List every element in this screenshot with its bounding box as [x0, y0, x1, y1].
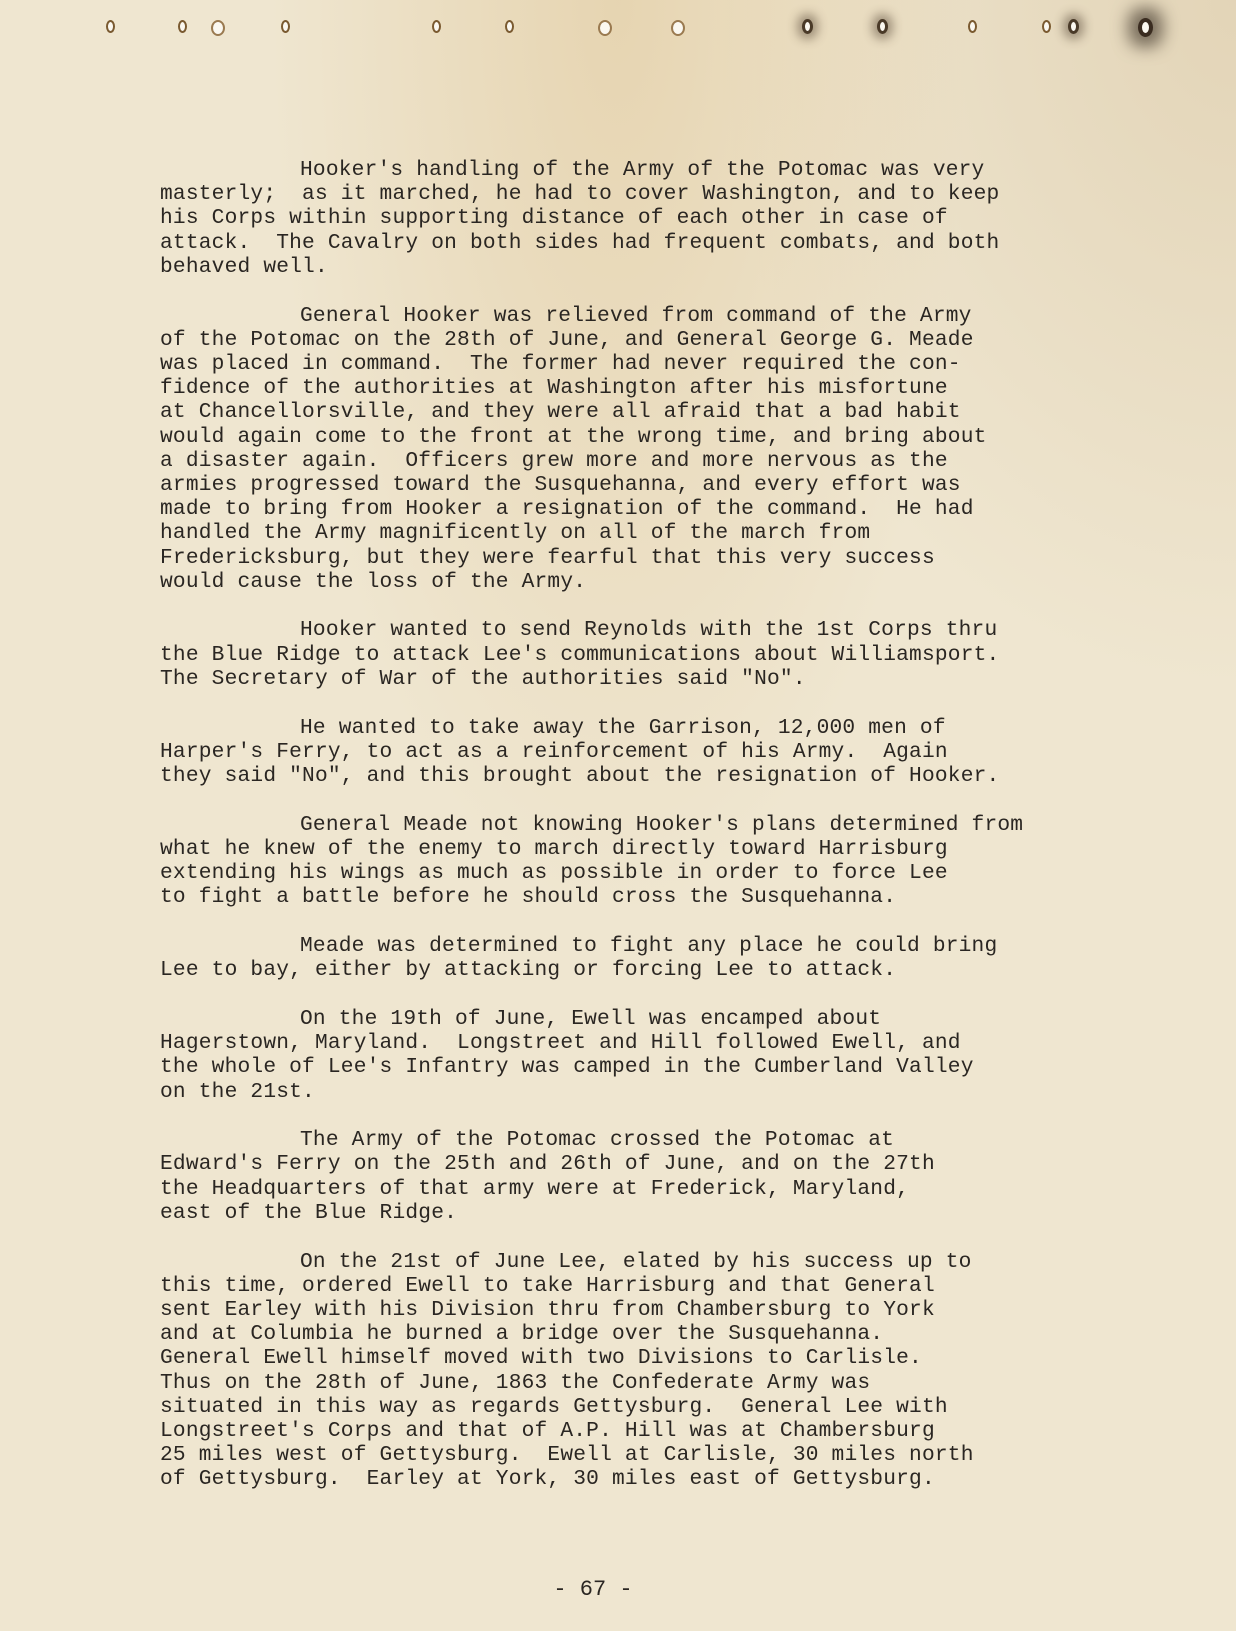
text-line: they said "No", and this brought about t… [160, 764, 1120, 788]
page-number: - 67 - [0, 1577, 1186, 1602]
text-line: of Gettysburg. Earley at York, 30 miles … [160, 1467, 1120, 1491]
punch-hole-icon [1071, 22, 1076, 31]
text-line: what he knew of the enemy to march direc… [160, 837, 1120, 861]
text-line: handled the Army magnificently on all of… [160, 521, 1120, 545]
text-line: Hagerstown, Maryland. Longstreet and Hil… [160, 1031, 1120, 1055]
text-line: made to bring from Hooker a resignation … [160, 497, 1120, 521]
punch-hole-icon [805, 22, 810, 31]
text-line: to fight a battle before he should cross… [160, 885, 1120, 909]
text-line: Fredericksburg, but they were fearful th… [160, 546, 1120, 570]
text-line: General Hooker was relieved from command… [160, 304, 1120, 328]
text-line: The Secretary of War of the authorities … [160, 667, 1120, 691]
text-line: Hooker's handling of the Army of the Pot… [160, 158, 1120, 182]
punch-hole-icon [213, 22, 223, 34]
paragraph-meade-plans: General Meade not knowing Hooker's plans… [160, 813, 1120, 910]
paragraph-meade-determined: Meade was determined to fight any place … [160, 934, 1120, 982]
text-line: extending his wings as much as possible … [160, 861, 1120, 885]
text-line: fidence of the authorities at Washington… [160, 376, 1120, 400]
text-line: Hooker wanted to send Reynolds with the … [160, 618, 1120, 642]
text-line: Thus on the 28th of June, 1863 the Confe… [160, 1371, 1120, 1395]
paragraph-lee-elated: On the 21st of June Lee, elated by his s… [160, 1250, 1120, 1492]
punch-hole-icon [600, 22, 610, 34]
text-line: The Army of the Potomac crossed the Poto… [160, 1128, 1120, 1152]
punch-hole-icon [1044, 22, 1049, 31]
punch-hole-icon [283, 22, 288, 31]
text-line: situated in this way as regards Gettysbu… [160, 1395, 1120, 1419]
punch-holes-row [0, 22, 1236, 52]
punch-hole-icon [507, 22, 512, 31]
punch-hole-icon [673, 22, 683, 34]
punch-hole-icon [180, 22, 185, 31]
text-line: masterly; as it marched, he had to cover… [160, 182, 1120, 206]
paragraph-potomac-crossed: The Army of the Potomac crossed the Poto… [160, 1128, 1120, 1225]
text-line: on the 21st. [160, 1080, 1120, 1104]
text-line: General Ewell himself moved with two Div… [160, 1346, 1120, 1370]
text-line: was placed in command. The former had ne… [160, 352, 1120, 376]
text-line: at Chancellorsville, and they were all a… [160, 400, 1120, 424]
text-line: would again come to the front at the wro… [160, 425, 1120, 449]
text-line: of the Potomac on the 28th of June, and … [160, 328, 1120, 352]
punch-hole-icon [970, 22, 975, 31]
text-line: He wanted to take away the Garrison, 12,… [160, 716, 1120, 740]
punch-hole-icon [108, 22, 113, 31]
text-line: east of the Blue Ridge. [160, 1201, 1120, 1225]
punch-hole-icon [434, 22, 439, 31]
punch-hole-icon [880, 22, 885, 31]
paragraph-reynolds: Hooker wanted to send Reynolds with the … [160, 618, 1120, 691]
text-line: On the 21st of June Lee, elated by his s… [160, 1250, 1120, 1274]
text-line: the whole of Lee's Infantry was camped i… [160, 1055, 1120, 1079]
paragraph-hooker-relieved: General Hooker was relieved from command… [160, 304, 1120, 594]
text-line: his Corps within supporting distance of … [160, 206, 1120, 230]
paragraph-garrison: He wanted to take away the Garrison, 12,… [160, 716, 1120, 789]
text-line: and at Columbia he burned a bridge over … [160, 1322, 1120, 1346]
text-line: this time, ordered Ewell to take Harrisb… [160, 1274, 1120, 1298]
text-line: General Meade not knowing Hooker's plans… [160, 813, 1120, 837]
text-line: a disaster again. Officers grew more and… [160, 449, 1120, 473]
typewritten-body: Hooker's handling of the Army of the Pot… [160, 158, 1120, 1516]
text-line: Meade was determined to fight any place … [160, 934, 1120, 958]
text-line: 25 miles west of Gettysburg. Ewell at Ca… [160, 1443, 1120, 1467]
text-line: Edward's Ferry on the 25th and 26th of J… [160, 1152, 1120, 1176]
text-line: the Headquarters of that army were at Fr… [160, 1177, 1120, 1201]
paragraph-hooker-handling: Hooker's handling of the Army of the Pot… [160, 158, 1120, 279]
text-line: Longstreet's Corps and that of A.P. Hill… [160, 1419, 1120, 1443]
text-line: Lee to bay, either by attacking or forci… [160, 958, 1120, 982]
paragraph-ewell-encamped: On the 19th of June, Ewell was encamped … [160, 1007, 1120, 1104]
text-line: attack. The Cavalry on both sides had fr… [160, 231, 1120, 255]
text-line: would cause the loss of the Army. [160, 570, 1120, 594]
text-line: sent Earley with his Division thru from … [160, 1298, 1120, 1322]
text-line: the Blue Ridge to attack Lee's communica… [160, 643, 1120, 667]
text-line: behaved well. [160, 255, 1120, 279]
text-line: Harper's Ferry, to act as a reinforcemen… [160, 740, 1120, 764]
punch-hole-icon [1142, 22, 1149, 33]
text-line: armies progressed toward the Susquehanna… [160, 473, 1120, 497]
document-page: Hooker's handling of the Army of the Pot… [0, 0, 1236, 1631]
text-line: On the 19th of June, Ewell was encamped … [160, 1007, 1120, 1031]
